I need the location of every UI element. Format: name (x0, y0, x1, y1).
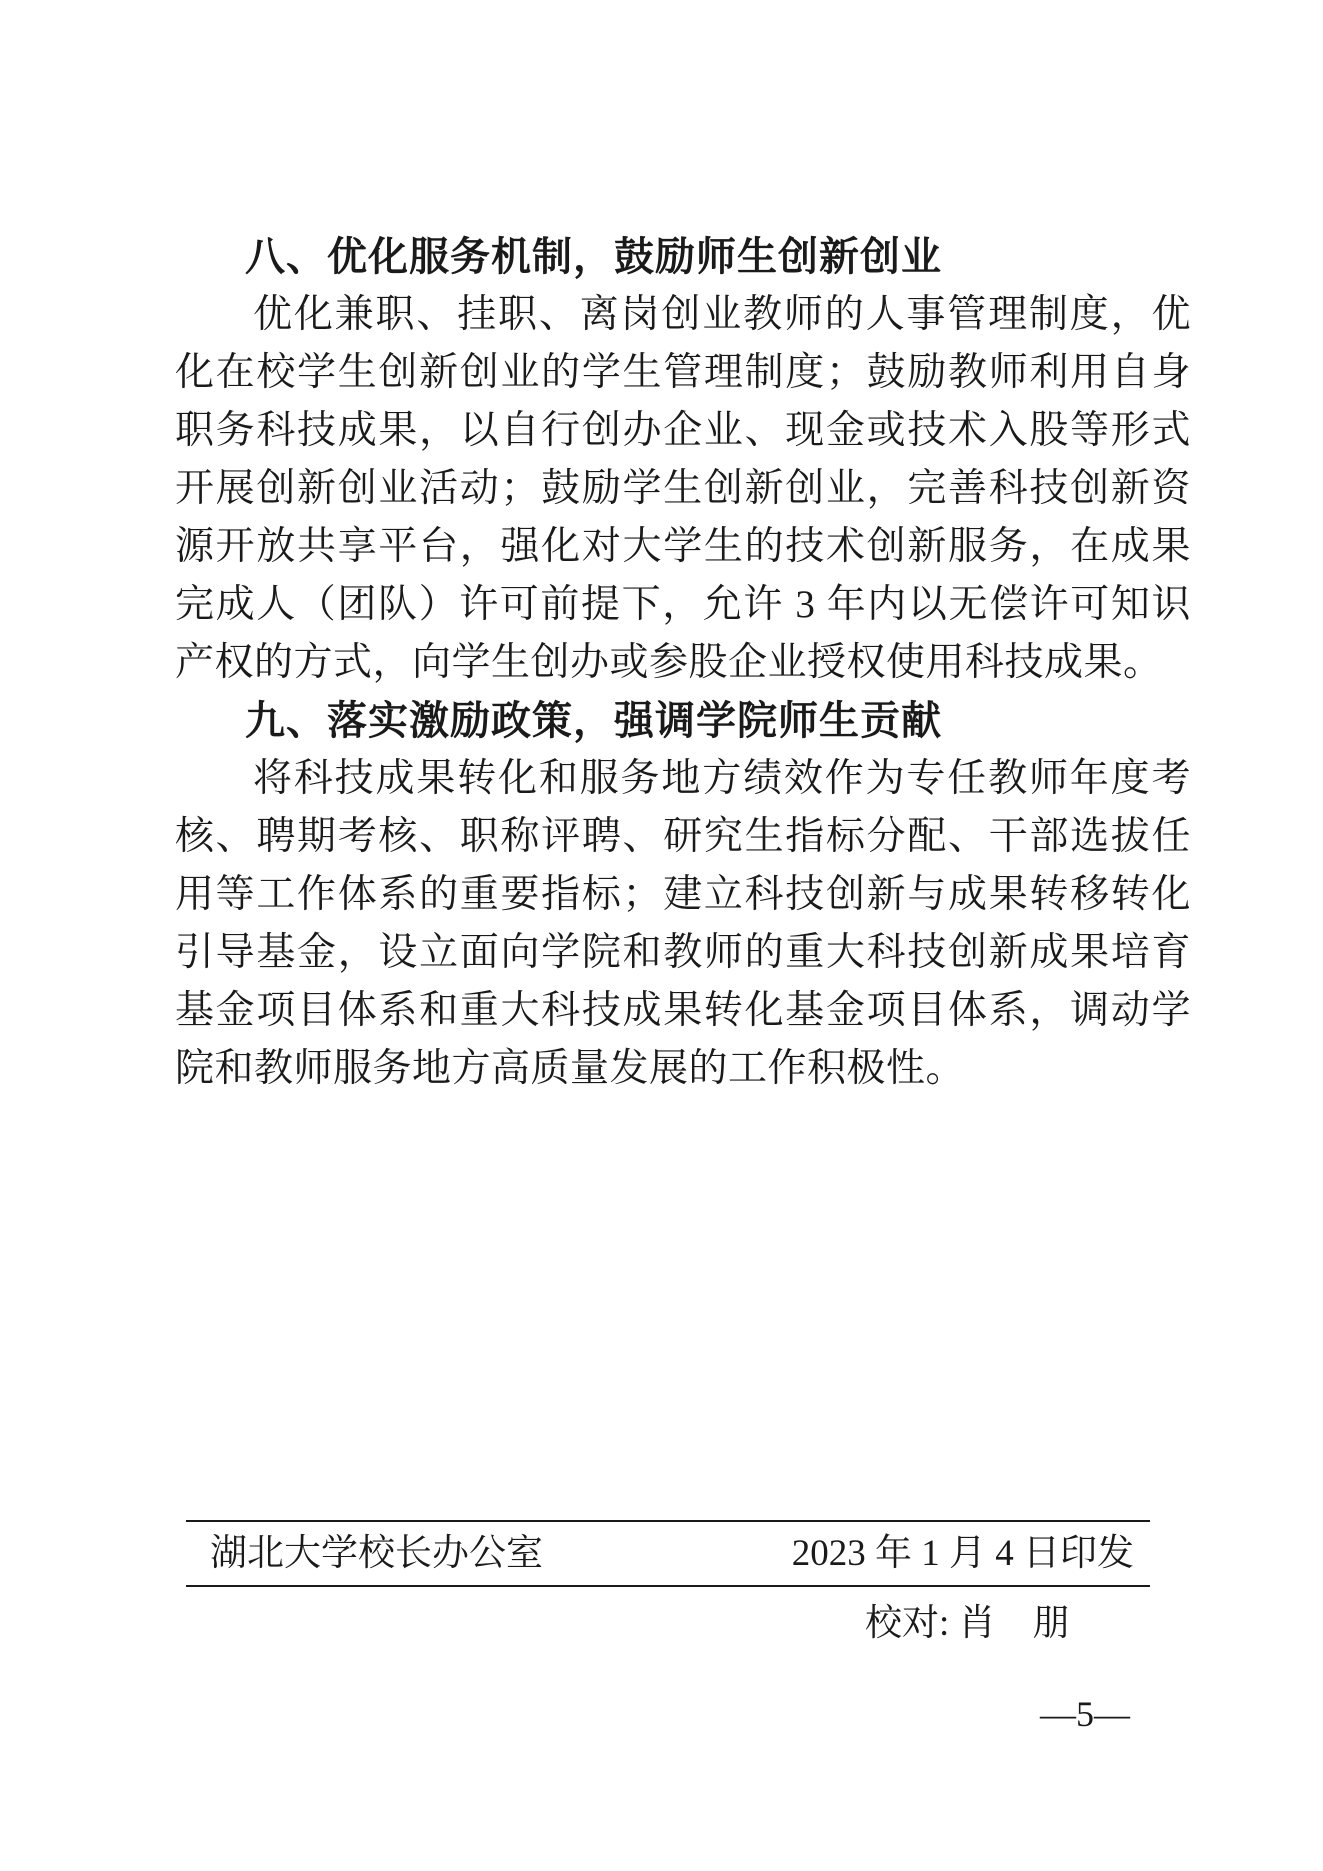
footer-issuing-office: 湖北大学校长办公室 (186, 1524, 543, 1584)
document-body: 八、优化服务机制，鼓励师生创新创业 优化兼职、挂职、离岗创业教师的人事管理制度，… (175, 228, 1191, 1098)
section-8-heading: 八、优化服务机制，鼓励师生创新创业 (175, 228, 1191, 286)
footer-proofreader: 校对: 肖 朋 (865, 1600, 1070, 1648)
proofreader-name: 肖 朋 (959, 1603, 1070, 1644)
section-8-paragraph: 优化兼职、挂职、离岗创业教师的人事管理制度，优化在校学生创新创业的学生管理制度；… (175, 286, 1191, 692)
footer-top-rule (186, 1520, 1150, 1522)
page-number: —5— (1040, 1694, 1130, 1734)
footer-issue-row: 湖北大学校长办公室 2023 年 1 月 4 日印发 (186, 1524, 1150, 1584)
document-page: 八、优化服务机制，鼓励师生创新创业 优化兼职、挂职、离岗创业教师的人事管理制度，… (0, 0, 1323, 1871)
section-9-heading: 九、落实激励政策，强调学院师生贡献 (175, 692, 1191, 750)
section-9-paragraph: 将科技成果转化和服务地方绩效作为专任教师年度考核、聘期考核、职称评聘、研究生指标… (175, 750, 1191, 1098)
footer-print-date: 2023 年 1 月 4 日印发 (792, 1524, 1150, 1584)
proofreader-label: 校对: (865, 1603, 949, 1644)
footer-bottom-rule (186, 1585, 1150, 1587)
